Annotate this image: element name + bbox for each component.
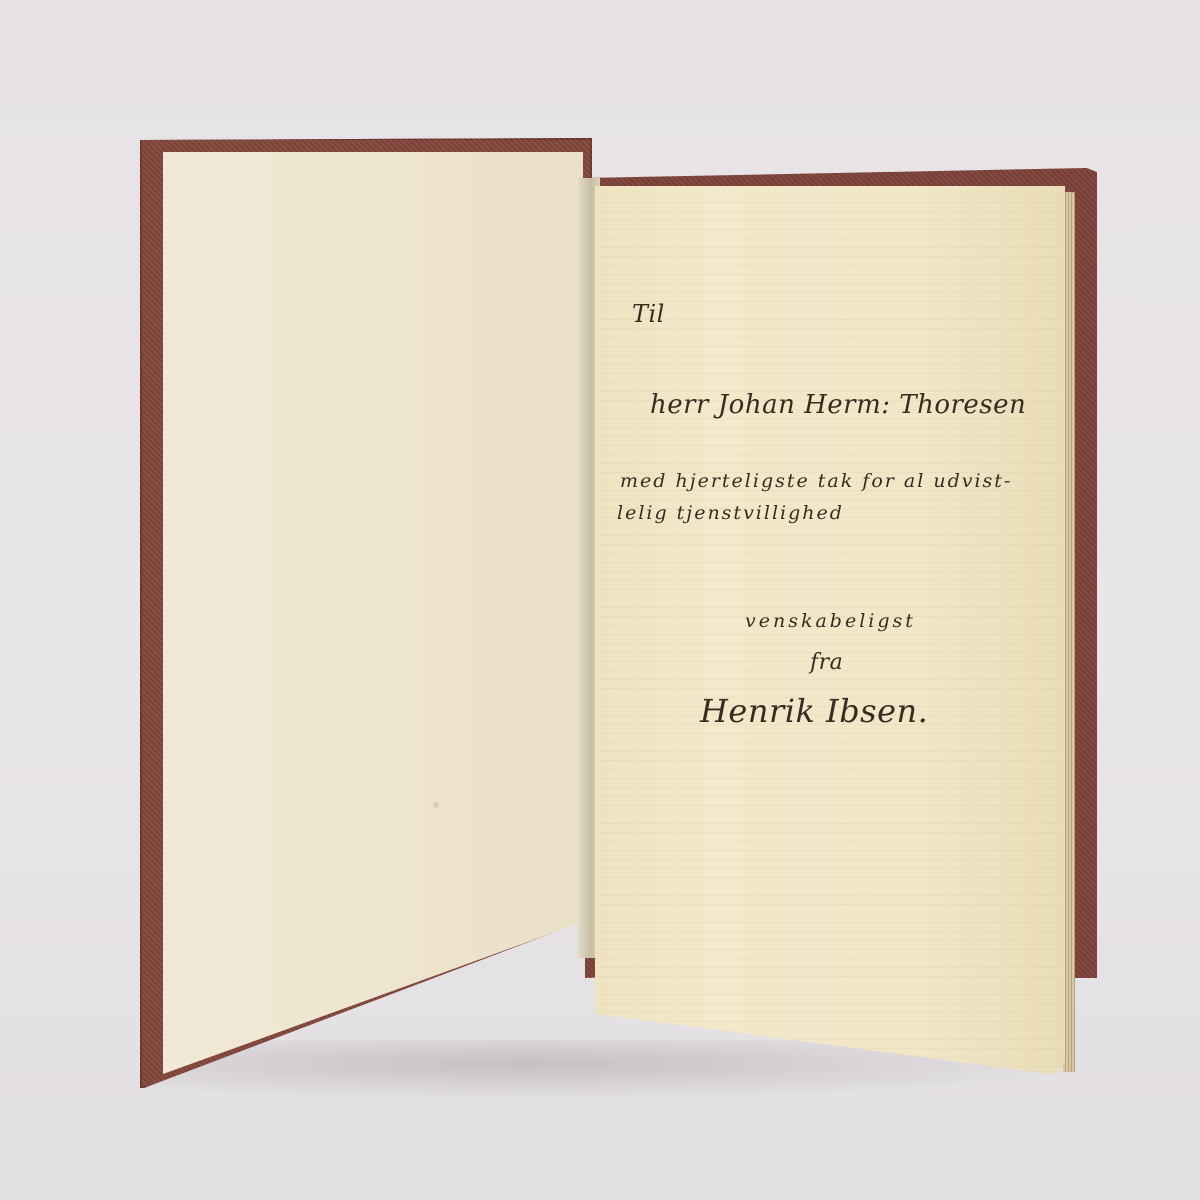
inscription-from: fra bbox=[810, 650, 843, 675]
left-endpaper bbox=[163, 152, 583, 1074]
photo-scene: Til herr Johan Herm: Thoresen med hjerte… bbox=[0, 0, 1200, 1200]
inscription-salutation: Til bbox=[632, 300, 665, 328]
inscription-closing: venskabeligst bbox=[745, 610, 916, 632]
inscription-message-line-2: lelig tjenstvillighed bbox=[617, 502, 844, 524]
inscription-recipient: herr Johan Herm: Thoresen bbox=[650, 390, 1026, 420]
foxing-spot bbox=[433, 802, 439, 808]
inscription-signature: Henrik Ibsen. bbox=[700, 692, 928, 730]
inscription-message-line-1: med hjerteligste tak for al udvist- bbox=[620, 470, 1012, 492]
